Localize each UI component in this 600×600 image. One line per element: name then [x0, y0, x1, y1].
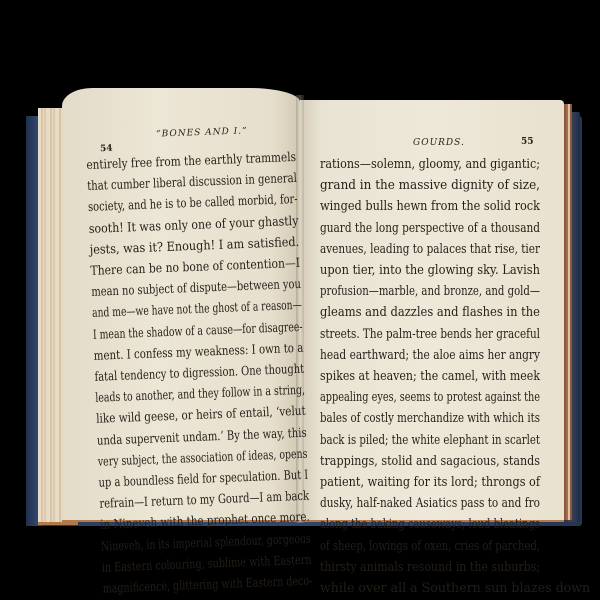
right-page-text: rations—solemn, gloomy, and gigantic; gr…: [320, 153, 540, 598]
photo-scene: “BONES AND I.” 54 GOURDS. 55 entirely fr…: [0, 0, 600, 600]
text-line: spikes at heaven; the camel, with meek: [320, 365, 540, 386]
text-line: upon tier, into the glowing sky. Lavish: [320, 259, 540, 280]
text-line: trappings, stolid and sagacious, stands: [320, 450, 540, 471]
text-line: patient, waiting for its lord; throngs o…: [320, 471, 540, 492]
text-line: bales of costly merchandize with which i…: [320, 407, 540, 428]
text-line: streets. The palm-tree bends her gracefu…: [320, 323, 540, 344]
left-page-text: entirely free from the earthly trammels …: [86, 146, 313, 599]
right-running-head: GOURDS.: [413, 138, 465, 148]
text-line: avenues, leading to palaces that rise, t…: [320, 238, 540, 259]
text-line: thirsty animals resound in the suburbs;: [320, 556, 540, 577]
text-line: appealing eyes, seems to protest against…: [320, 386, 540, 407]
text-line: grand in the massive dignity of size,: [320, 174, 540, 195]
text-line: of sheep, lowings of oxen, cries of parc…: [320, 535, 540, 556]
text-line: winged bulls hewn from the solid rock: [320, 195, 540, 216]
text-line: guard the long perspective of a thousand: [320, 217, 540, 238]
text-line: profusion—marble, and bronze, and gold—: [320, 280, 540, 301]
text-line: back is piled; the white elephant in sca…: [320, 429, 540, 450]
text-line: along the baking causeways; loud bleatin…: [320, 513, 540, 534]
text-line: gleams and dazzles and flashes in the: [320, 301, 540, 322]
text-line: head earthward; the aloe aims her angry: [320, 344, 540, 365]
right-page-number: 55: [521, 137, 534, 147]
text-line: rations—solemn, gloomy, and gigantic;: [320, 153, 540, 174]
text-line: dusky, half-naked Asiatics pass to and f…: [320, 492, 540, 513]
text-line: while over all a Southern sun blazes dow…: [320, 577, 540, 598]
